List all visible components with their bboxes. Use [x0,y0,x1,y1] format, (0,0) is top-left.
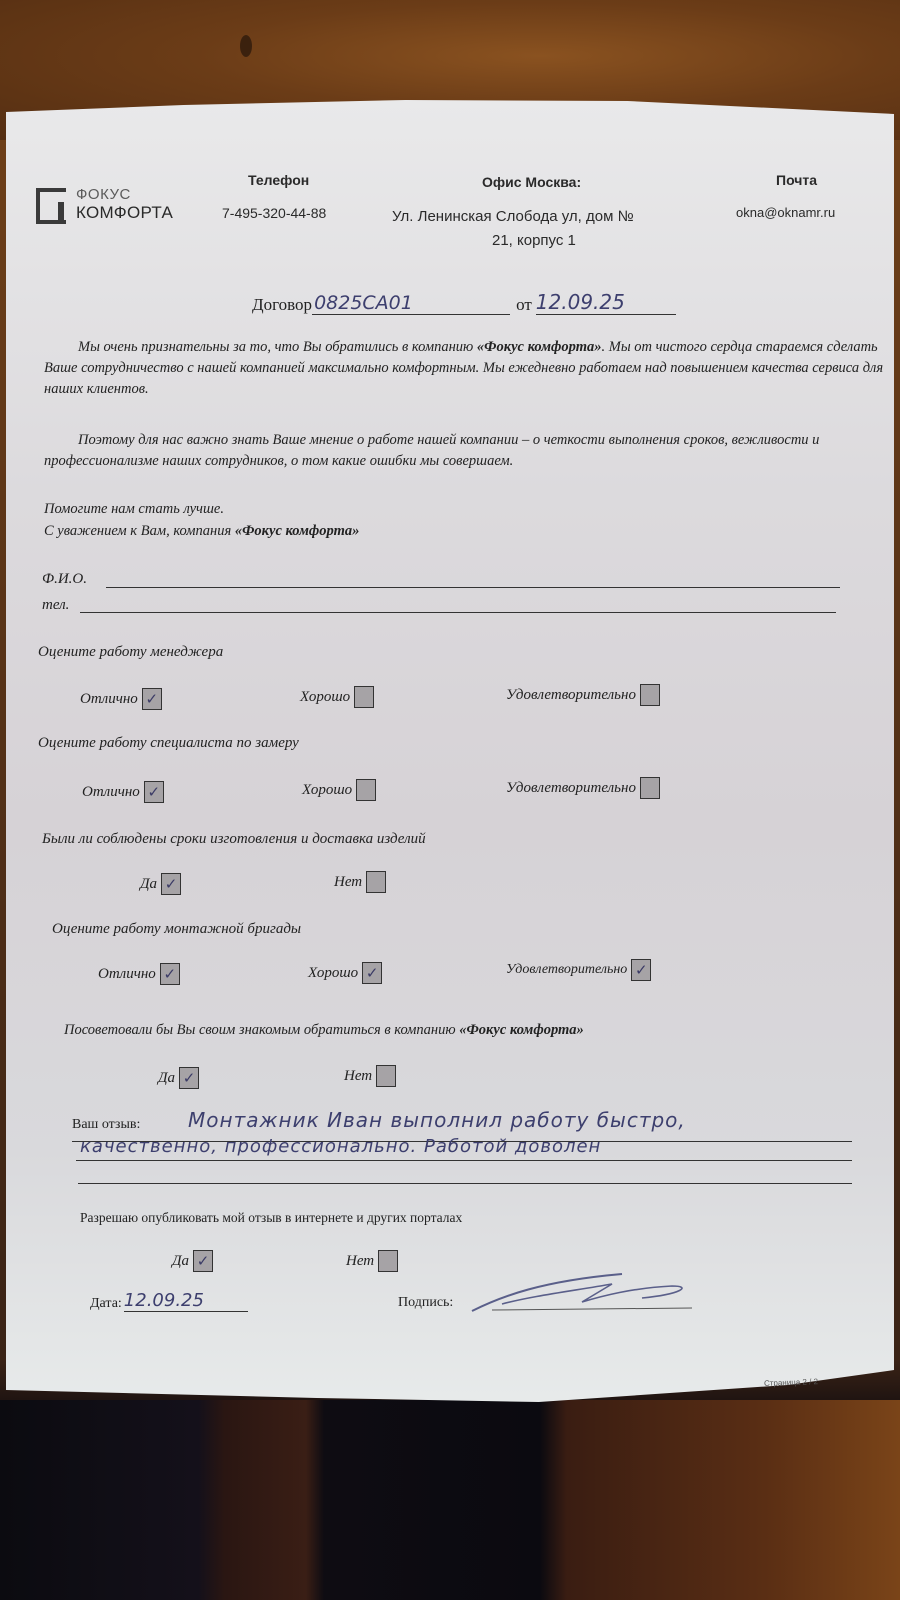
background-bottom [0,1400,900,1600]
signature-label: Подпись: [398,1295,453,1311]
sign-date-row: Дата: 12.09.25 [90,1290,248,1312]
deadlines-option-yes[interactable]: Да✓ [140,873,181,895]
customer-phone-label: тел. [42,597,69,614]
logo-line2: КОМФОРТА [76,203,173,223]
sign-date-field[interactable]: 12.09.25 [124,1290,248,1312]
option-label: Удовлетворительно [506,962,627,978]
intro-paragraph-2: Поэтому для нас важно знать Ваше мнение … [44,430,844,472]
checkbox-empty[interactable] [356,779,376,801]
installers-option-satisfactory[interactable]: Удовлетворительно✓ [506,959,651,981]
checkbox-empty[interactable] [366,871,386,893]
checkbox-checked[interactable]: ✓ [193,1250,213,1272]
company-logo: ФОКУС КОМФОРТА [36,186,196,230]
question-text: Посоветовали бы Вы своим знакомым обрати… [64,1022,459,1038]
question-installers: Оцените работу монтажной бригады [52,921,301,938]
option-label: Отлично [98,966,156,983]
checkbox-checked[interactable]: ✓ [144,781,164,803]
option-label: Да [140,876,157,893]
checkbox-checked[interactable]: ✓ [631,959,651,981]
checkbox-checked[interactable]: ✓ [160,963,180,985]
regards-text: С уважением к Вам, компания «Фокус комфо… [44,521,359,542]
installers-option-excellent[interactable]: Отлично✓ [98,963,180,985]
measurer-option-satisfactory[interactable]: Удовлетворительно [506,777,660,799]
review-text-line1[interactable]: Монтажник Иван выполнил работу быстро, [188,1108,686,1132]
option-label: Хорошо [300,689,350,706]
option-label: Да [172,1253,189,1270]
customer-phone-input-line[interactable] [80,612,836,613]
review-text-line2[interactable]: качественно, профессионально. Работой до… [80,1136,601,1157]
brand-name: «Фокус комфорта» [235,523,360,539]
checkbox-checked[interactable]: ✓ [179,1067,199,1089]
office-address-line2: 21, корпус 1 [492,232,576,249]
office-address-line1: Ул. Ленинская Слобода ул, дом № [392,208,634,225]
brand-name: «Фокус комфорта» [459,1022,584,1038]
contract-number-field[interactable]: 0825СА01 [312,292,510,315]
checkbox-checked[interactable]: ✓ [362,962,382,984]
option-label: Хорошо [308,965,358,982]
regards-prefix: С уважением к Вам, компания [44,523,235,539]
option-label: Удовлетворительно [506,687,636,704]
phone-label: Телефон [248,172,309,188]
logo-mark-icon [36,188,66,224]
help-text: Помогите нам стать лучше. [44,499,224,520]
contract-date-label: от [516,295,532,315]
intro-text: Мы очень признательны за то, что Вы обра… [78,339,477,355]
checkbox-checked[interactable]: ✓ [142,688,162,710]
brand-name: «Фокус комфорта» [477,339,602,355]
contract-line: Договор 0825СА01 от 12.09.25 [252,290,676,315]
measurer-option-excellent[interactable]: Отлично✓ [82,781,164,803]
recommend-option-no[interactable]: Нет [344,1065,396,1087]
checkbox-checked[interactable]: ✓ [161,873,181,895]
publish-consent-question: Разрешаю опубликовать мой отзыв в интерн… [80,1210,462,1226]
question-deadlines: Были ли соблюдены сроки изготовления и д… [42,831,426,848]
sign-date-label: Дата: [90,1296,122,1312]
option-label: Нет [346,1253,374,1270]
office-label: Офис Москва: [482,174,581,190]
page-number: Страница 2 / 2 [764,1377,818,1388]
option-label: Нет [344,1068,372,1085]
question-recommend: Посоветовали бы Вы своим знакомым обрати… [64,1022,584,1039]
contract-date-field[interactable]: 12.09.25 [536,290,676,315]
review-label: Ваш отзыв: [72,1117,140,1133]
logo-line1: ФОКУС [76,186,131,203]
manager-option-good[interactable]: Хорошо [300,686,374,708]
option-label: Удовлетворительно [506,780,636,797]
intro-paragraph-1: Мы очень признательны за то, что Вы обра… [44,337,884,400]
option-label: Отлично [80,691,138,708]
review-line-3 [78,1183,852,1184]
review-line-2 [76,1160,852,1161]
fio-input-line[interactable] [106,587,840,588]
option-label: Отлично [82,784,140,801]
manager-option-excellent[interactable]: Отлично✓ [80,688,162,710]
deadlines-option-no[interactable]: Нет [334,871,386,893]
option-label: Хорошо [302,782,352,799]
email-value: okna@oknamr.ru [736,205,835,220]
checkbox-empty[interactable] [354,686,374,708]
publish-option-yes[interactable]: Да✓ [172,1250,213,1272]
fio-label: Ф.И.О. [42,571,87,588]
installers-option-good[interactable]: Хорошо✓ [308,962,382,984]
option-label: Да [158,1070,175,1087]
recommend-option-yes[interactable]: Да✓ [158,1067,199,1089]
contract-label: Договор [252,295,312,315]
email-label: Почта [776,172,817,188]
phone-value: 7-495-320-44-88 [222,205,326,221]
signature-field[interactable] [462,1266,702,1316]
option-label: Нет [334,874,362,891]
publish-option-no[interactable]: Нет [346,1250,398,1272]
measurer-option-good[interactable]: Хорошо [302,779,376,801]
manager-option-satisfactory[interactable]: Удовлетворительно [506,684,660,706]
checkbox-empty[interactable] [640,684,660,706]
checkbox-empty[interactable] [376,1065,396,1087]
question-measurer: Оцените работу специалиста по замеру [38,735,299,752]
question-manager: Оцените работу менеджера [38,644,223,661]
wood-knot [240,35,252,57]
checkbox-empty[interactable] [640,777,660,799]
checkbox-empty[interactable] [378,1250,398,1272]
